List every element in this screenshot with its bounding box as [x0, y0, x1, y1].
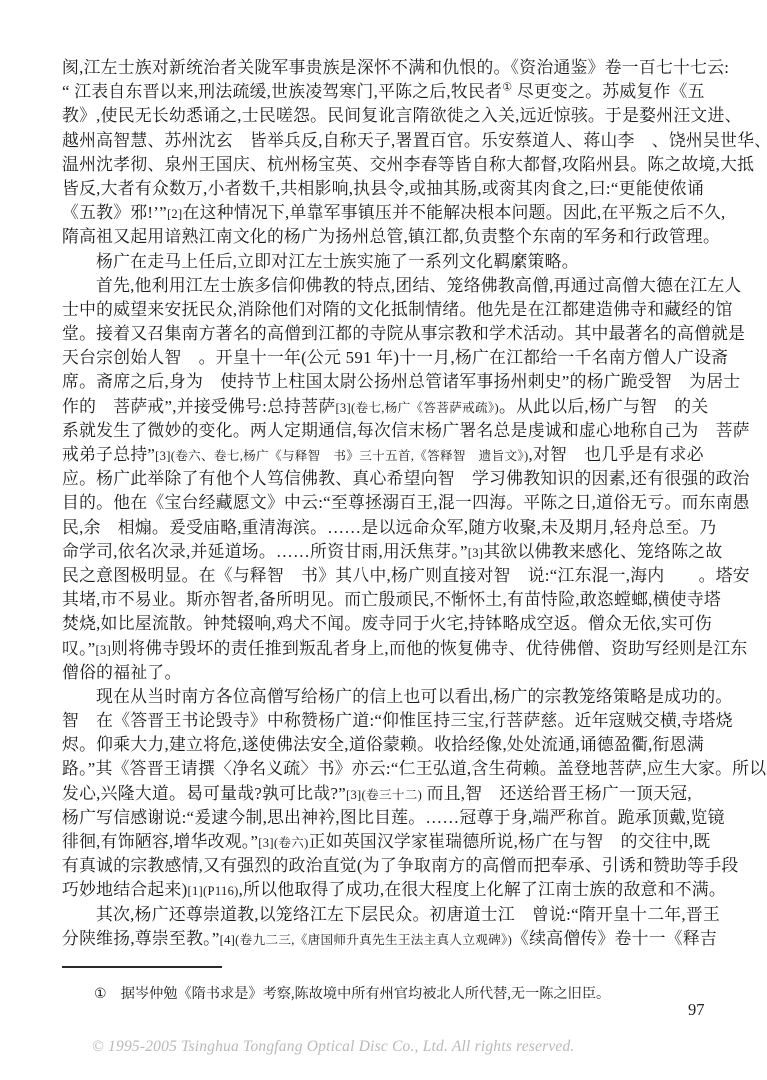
- text-segment: 巧妙地结合起来): [62, 880, 187, 899]
- text-line: 僧俗的福祉了。: [62, 661, 710, 685]
- text-segment: 首先,他利用江左士族多信仰佛教的特点,团结、笼络佛教高僧,再通过高僧大德在江左人: [96, 276, 742, 295]
- text-segment: 其堵,市不易业。斯亦智者,备所明见。而亡殷顽民,不惭怀土,有苗恃险,敢恣螳螂,横…: [62, 590, 721, 609]
- text-line: 席。斋席之后,身为 使持节上柱国太尉公扬州总管诸军事扬州刺史”的杨广跪受智 为居…: [62, 370, 710, 394]
- text-line: 《五教》邪!’”[2]在这种情况下,单靠军事镇压并不能解决根本问题。因此,在平叛…: [62, 201, 710, 225]
- text-segment: 则将佛寺毁坏的责任推到叛乱者身上,而他的恢复佛寺、优待佛僧、资助写经则是江东: [111, 639, 748, 658]
- text-segment: 民之意图极明显。在《与释智 书》其八中,杨广则直接对智 说:“江东混一,海内 。…: [62, 566, 750, 585]
- text-line: 分陕维扬,尊崇至教。”[4](卷九二三,《唐国师升真先生王法主真人立观碑》)《续…: [62, 927, 710, 951]
- citation-ref: [3](卷七,杨广《答菩萨戒疏》): [335, 401, 499, 415]
- text-segment: 有真诚的宗教感情,又有强烈的政治直觉(为了争取南方的高僧而把奉承、引诱和赞助等手…: [62, 856, 739, 875]
- text-line: 杨广在走马上任后,立即对江左士族实施了一系列文化羁縻策略。: [62, 250, 710, 274]
- text-segment: 教》,使民无长幼悉诵之,士民嗟怨。民间复讹言隋欲徙之入关,远近惊骇。于是婺州汪文…: [62, 106, 742, 125]
- text-line: 堂。接着又召集南方著名的高僧到江都的寺院从事宗教和学术活动。其中最著名的高僧就是: [62, 322, 710, 346]
- text-segment: 席。斋席之后,身为 使持节上柱国太尉公扬州总管诸军事扬州刺史”的杨广跪受智 为居…: [62, 372, 740, 391]
- text-segment: 堂。接着又召集南方著名的高僧到江都的寺院从事宗教和学术活动。其中最著名的高僧就是: [62, 324, 745, 343]
- citation-ref: [2]: [167, 207, 183, 221]
- citation-ref: [3]: [96, 643, 112, 657]
- footnote-ref-mark: ①: [502, 82, 512, 94]
- text-segment: 烬。仰乘大力,建立将危,遂使佛法安全,道俗蒙赖。收拾经像,处处流通,诵德盈衢,衔…: [62, 735, 704, 754]
- text-line: 智 在《答晋王书论毁寺》中称赞杨广道:“仰惟匡持三宝,行菩萨慈。近年寇贼交横,寺…: [62, 709, 710, 733]
- text-segment: 命学司,依名次录,并延道场。……所资甘雨,用沃焦芽。”: [62, 542, 468, 561]
- text-line: 民之意图极明显。在《与释智 书》其八中,杨广则直接对智 说:“江东混一,海内 。…: [62, 564, 710, 588]
- text-line: 巧妙地结合起来)[1](P116),所以他取得了成功,在很大程度上化解了江南士族…: [62, 878, 710, 902]
- text-segment: 尽更变之。苏威复作《五: [512, 82, 704, 101]
- text-line: 有真诚的宗教感情,又有强烈的政治直觉(为了争取南方的高僧而把奉承、引诱和赞助等手…: [62, 854, 710, 878]
- text-line: 其次,杨广还尊崇道教,以笼络江左下层民众。初唐道士江 曾说:“隋开皇十二年,晋王: [62, 903, 710, 927]
- page-number: 97: [688, 1000, 705, 1020]
- text-segment: 民,余 相煽。爰受庙略,重清海滨。……是以远命众军,随方收聚,未及期月,轻舟总至…: [62, 518, 717, 537]
- text-segment: “ 江表自东晋以来,刑法疏缓,世族凌驾寒门,平陈之后,牧民者: [62, 82, 502, 101]
- text-segment: 系就发生了微妙的变化。两人定期通信,每次信末杨广署名总是虔诚和虚心地称自己为 菩…: [62, 421, 750, 440]
- text-line: 徘徊,有饰陋容,增华改观。”[3](卷六)正如英国汉学家崔瑞德所说,杨广在与智 …: [62, 830, 710, 854]
- text-segment: 而且,智 还送给晋王杨广一顶天冠,: [422, 784, 692, 803]
- citation-ref: [1](P116): [187, 884, 238, 898]
- text-line: 阂,江左士族对新统治者关陇军事贵族是深怀不满和仇恨的。《资治通鉴》卷一百七十七云…: [62, 56, 710, 80]
- text-segment: 戒弟子总持”: [62, 445, 155, 464]
- text-line: “ 江表自东晋以来,刑法疏缓,世族凌驾寒门,平陈之后,牧民者① 尽更变之。苏威复…: [62, 80, 710, 104]
- text-line: 路。”其《答晋王请撰〈净名义疏〉书》亦云:“仁王弘道,含生荷赖。盖登地菩萨,应生…: [62, 757, 710, 781]
- text-segment: 天台宗创始人智 。开皇十一年(公元 591 年)十一月,杨广在江都给一千名南方僧…: [62, 348, 728, 367]
- footnote: ①据岑仲勉《隋书求是》考察,陈故境中所有州官均被北人所代替,无一陈之旧臣。: [62, 983, 710, 1003]
- citation-ref: [3]: [468, 546, 484, 560]
- text-line: 焚烧,如比屋流散。钟梵辍响,鸡犬不闻。废寺同于火宅,持钵略成空返。僧众无依,实可…: [62, 612, 710, 636]
- text-line: 叹。”[3]则将佛寺毁坏的责任推到叛乱者身上,而他的恢复佛寺、优待佛僧、资助写经…: [62, 637, 710, 661]
- citation-ref: [3](卷六、卷七,杨广《与释智 书》三十五首,《答释智 遗旨文》): [155, 449, 528, 463]
- text-segment: 焚烧,如比屋流散。钟梵辍响,鸡犬不闻。废寺同于火宅,持钵略成空返。僧众无依,实可…: [62, 614, 712, 633]
- text-line: 命学司,依名次录,并延道场。……所资甘雨,用沃焦芽。”[3]其欲以佛教来感化、笼…: [62, 540, 710, 564]
- text-line: 其堵,市不易业。斯亦智者,备所明见。而亡殷顽民,不惭怀土,有苗恃险,敢恣螳螂,横…: [62, 588, 710, 612]
- text-line: 温州沈孝彻、泉州王国庆、杭州杨宝英、交州李春等皆自称大都督,攻陷州县。陈之故境,…: [62, 153, 710, 177]
- document-page: 阂,江左士族对新统治者关陇军事贵族是深怀不满和仇恨的。《资治通鉴》卷一百七十七云…: [0, 0, 767, 1080]
- text-segment: 目的。他在《宝台经藏愿文》中云:“至尊拯溺百王,混一四海。平陈之日,道俗无亏。而…: [62, 493, 750, 512]
- text-line: 天台宗创始人智 。开皇十一年(公元 591 年)十一月,杨广在江都给一千名南方僧…: [62, 346, 710, 370]
- text-segment: 士中的威望来安抚民众,消除他们对隋的文化抵制情绪。他先是在江都建造佛寺和藏经的馆: [62, 300, 733, 319]
- body-text: 阂,江左士族对新统治者关陇军事贵族是深怀不满和仇恨的。《资治通鉴》卷一百七十七云…: [62, 56, 710, 951]
- text-line: 民,余 相煽。爰受庙略,重清海滨。……是以远命众军,随方收聚,未及期月,轻舟总至…: [62, 516, 710, 540]
- text-line: 应。杨广此举除了有他个人笃信佛教、真心希望向智 学习佛教知识的因素,还有很强的政…: [62, 467, 710, 491]
- text-segment: 。从此以后,杨广与智 的关: [499, 397, 708, 416]
- text-segment: 杨广在走马上任后,立即对江左士族实施了一系列文化羁縻策略。: [96, 252, 579, 271]
- citation-ref: [3](卷六): [258, 836, 308, 850]
- text-segment: 皆反,大者有众数万,小者数千,共相影响,执县令,或抽其肠,或脔其肉食之,曰:“更…: [62, 179, 704, 198]
- citation-ref: [3](卷三十二): [346, 788, 422, 802]
- text-line: 戒弟子总持”[3](卷六、卷七,杨广《与释智 书》三十五首,《答释智 遗旨文》)…: [62, 443, 710, 467]
- text-line: 系就发生了微妙的变化。两人定期通信,每次信末杨广署名总是虔诚和虚心地称自己为 菩…: [62, 419, 710, 443]
- text-segment: 其次,杨广还尊崇道教,以笼络江左下层民众。初唐道士江 曾说:“隋开皇十二年,晋王: [96, 905, 720, 924]
- text-segment: 路。”其《答晋王请撰〈净名义疏〉书》亦云:“仁王弘道,含生荷赖。盖登地菩萨,应生…: [62, 759, 766, 778]
- text-segment: 发心,兴隆大道。曷可量哉?孰可比哉?”: [62, 784, 346, 803]
- text-segment: 应。杨广此举除了有他个人笃信佛教、真心希望向智 学习佛教知识的因素,还有很强的政…: [62, 469, 750, 488]
- text-line: 杨广写信感谢说:“爰逮今制,思出神衿,图比目莲。……冠尊于身,端严称首。跪承顶戴…: [62, 806, 710, 830]
- text-segment: 阂,江左士族对新统治者关陇军事贵族是深怀不满和仇恨的。《资治通鉴》卷一百七十七云…: [62, 58, 729, 77]
- text-segment: 温州沈孝彻、泉州王国庆、杭州杨宝英、交州李春等皆自称大都督,攻陷州县。陈之故境,…: [62, 155, 754, 174]
- footnote-text: 据岑仲勉《隋书求是》考察,陈故境中所有州官均被北人所代替,无一陈之旧臣。: [121, 986, 610, 1002]
- citation-ref: [4](卷九二三,《唐国师升真先生王法主真人立观碑》): [220, 933, 513, 947]
- footnote-marker: ①: [94, 986, 107, 1002]
- text-segment: 智 在《答晋王书论毁寺》中称赞杨广道:“仰惟匡持三宝,行菩萨慈。近年寇贼交横,寺…: [62, 711, 733, 730]
- footnote-separator: [62, 966, 222, 968]
- text-segment: ,所以他取得了成功,在很大程度上化解了江南士族的敌意和不满。: [239, 880, 726, 899]
- text-segment: 《五教》邪!’”: [62, 203, 167, 222]
- text-segment: 正如英国汉学家崔瑞德所说,杨广在与智 的交往中,既: [309, 832, 711, 851]
- text-segment: 在这种情况下,单靠军事镇压并不能解决根本问题。因此,在平叛之后不久,: [183, 203, 726, 222]
- text-line: 皆反,大者有众数万,小者数千,共相影响,执县令,或抽其肠,或脔其肉食之,曰:“更…: [62, 177, 710, 201]
- text-segment: 现在从当时南方各位高僧写给杨广的信上也可以看出,杨广的宗教笼络策略是成功的。: [96, 687, 733, 706]
- text-segment: 其欲以佛教来感化、笼络陈之故: [483, 542, 722, 561]
- text-segment: ,对智 也几乎是有求必: [528, 445, 703, 464]
- text-segment: 徘徊,有饰陋容,增华改观。”: [62, 832, 258, 851]
- text-segment: 《续高僧传》卷十一《释吉: [512, 929, 717, 948]
- copyright-notice: © 1995-2005 Tsinghua Tongfang Optical Di…: [92, 1038, 575, 1056]
- text-line: 烬。仰乘大力,建立将危,遂使佛法安全,道俗蒙赖。收拾经像,处处流通,诵德盈衢,衔…: [62, 733, 710, 757]
- text-line: 发心,兴隆大道。曷可量哉?孰可比哉?”[3](卷三十二) 而且,智 还送给晋王杨…: [62, 782, 710, 806]
- text-segment: 隋高祖又起用谙熟江南文化的杨广为扬州总管,镇江都,负责整个东南的军务和行政管理。: [62, 227, 720, 246]
- text-segment: 越州高智慧、苏州沈玄 皆举兵反,自称天子,署置百官。乐安蔡道人、蒋山李 、饶州吴…: [62, 131, 767, 150]
- text-line: 隋高祖又起用谙熟江南文化的杨广为扬州总管,镇江都,负责整个东南的军务和行政管理。: [62, 225, 710, 249]
- text-line: 现在从当时南方各位高僧写给杨广的信上也可以看出,杨广的宗教笼络策略是成功的。: [62, 685, 710, 709]
- text-line: 越州高智慧、苏州沈玄 皆举兵反,自称天子,署置百官。乐安蔡道人、蒋山李 、饶州吴…: [62, 129, 710, 153]
- text-segment: 叹。”: [62, 639, 96, 658]
- text-line: 士中的威望来安抚民众,消除他们对隋的文化抵制情绪。他先是在江都建造佛寺和藏经的馆: [62, 298, 710, 322]
- text-segment: 分陕维扬,尊崇至教。”: [62, 929, 220, 948]
- text-line: 目的。他在《宝台经藏愿文》中云:“至尊拯溺百王,混一四海。平陈之日,道俗无亏。而…: [62, 491, 710, 515]
- text-line: 作的 菩萨戒”,并接受佛号:总持菩萨[3](卷七,杨广《答菩萨戒疏》)。从此以后…: [62, 395, 710, 419]
- text-segment: 杨广写信感谢说:“爰逮今制,思出神衿,图比目莲。……冠尊于身,端严称首。跪承顶戴…: [62, 808, 725, 827]
- text-line: 教》,使民无长幼悉诵之,士民嗟怨。民间复讹言隋欲徙之入关,远近惊骇。于是婺州汪文…: [62, 104, 710, 128]
- text-line: 首先,他利用江左士族多信仰佛教的特点,团结、笼络佛教高僧,再通过高僧大德在江左人: [62, 274, 710, 298]
- text-segment: 僧俗的福祉了。: [62, 663, 182, 682]
- text-segment: 作的 菩萨戒”,并接受佛号:总持菩萨: [62, 397, 335, 416]
